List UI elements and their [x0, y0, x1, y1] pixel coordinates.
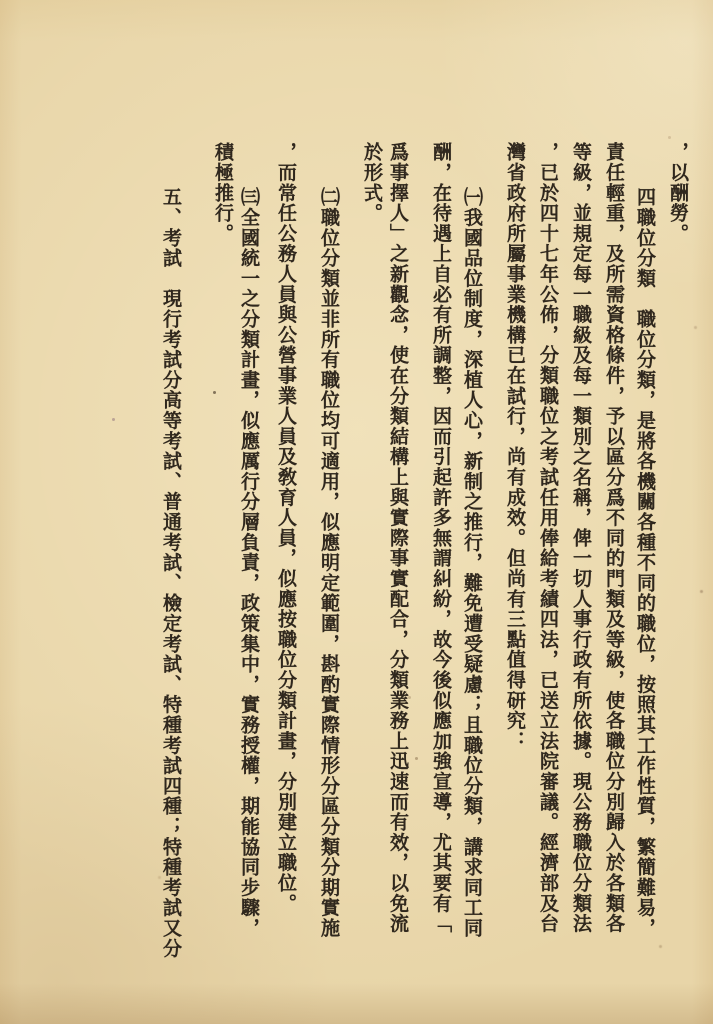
text-column-item-1: ㈠我國品位制度，深植人心，新制之推行，難免遭受疑慮；且職位分類，講求同工同 — [459, 142, 484, 964]
text-column: 爲事擇人」之新觀念，使在分類結構上與實際事實配合，分類業務上迅速而有效，以免流 — [385, 142, 410, 964]
text-column: 積極推行。 — [210, 142, 235, 964]
text-column: 等級，並規定每一職級及每一類別之名稱，俾一切人事行政有所依據。現公務職位分類法 — [568, 142, 593, 964]
text-column: 酬，在待遇上自必有所調整，因而引起許多無謂糾紛，故今後似應加強宣導，尤其要有「 — [428, 142, 453, 964]
text-column: 於形式。 — [359, 142, 384, 964]
text-column: ，以酬勞。 — [665, 142, 690, 964]
document-text: ，以酬勞。 四職位分類 職位分類，是將各機關各種不同的職位，按照其工作性質，繁簡… — [158, 142, 690, 964]
text-column-section-4-heading: 四職位分類 職位分類，是將各機關各種不同的職位，按照其工作性質，繁簡難易， — [632, 142, 657, 964]
text-column-item-2: ㈡職位分類並非所有職位均可適用，似應明定範圍，斟酌實際情形分區分類分期實施 — [316, 142, 341, 964]
scanned-page: ，以酬勞。 四職位分類 職位分類，是將各機關各種不同的職位，按照其工作性質，繁簡… — [0, 0, 713, 1024]
text-column: ，已於四十七年公佈，分類職位之考試任用俸給考績四法，已送立法院審議。經濟部及台 — [535, 142, 560, 964]
text-column: 責任輕重，及所需資格條件，予以區分爲不同的門類及等級，使各職位分別歸入於各類各 — [601, 142, 626, 964]
text-column-section-5-heading: 五、考試 現行考試分高等考試、普通考試、檢定考試、特種考試四種；特種考試又分 — [158, 142, 183, 964]
text-column: 灣省政府所屬事業機構已在試行，尚有成效。但尚有三點值得研究： — [502, 142, 527, 964]
text-column-item-3: ㈢全國統一之分類計畫，似應厲行分層負責，政策集中，實務授權，期能協同步驟， — [236, 142, 261, 964]
text-column: ，而常任公務人員與公營事業人員及敎育人員，似應按職位分類計畫，分別建立職位。 — [273, 142, 298, 964]
